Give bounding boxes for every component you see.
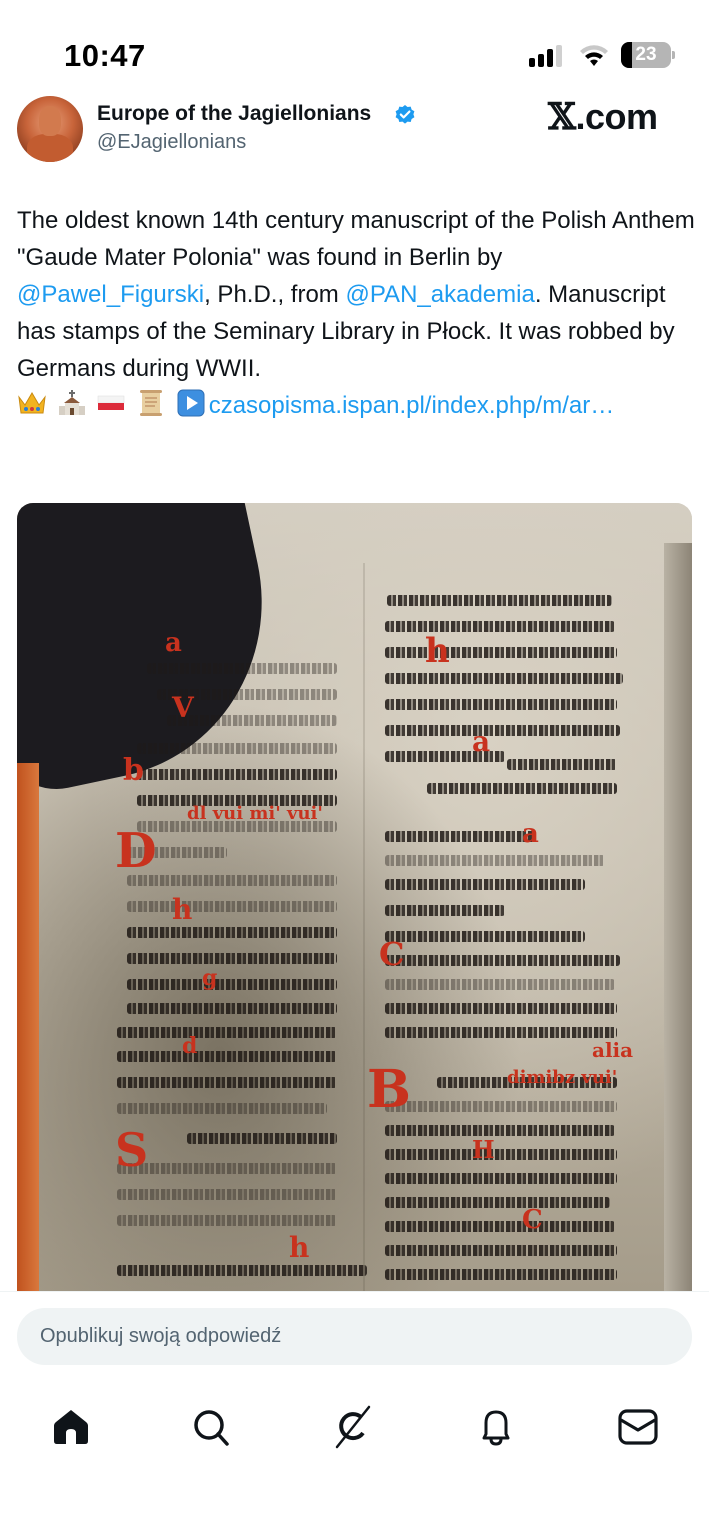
search-icon <box>191 1407 231 1447</box>
church-emoji-icon <box>57 389 87 417</box>
nav-notifications[interactable] <box>466 1397 526 1457</box>
tweet-media-image[interactable]: a V b dl vui mi' vui' D h g d S h h a a … <box>17 503 692 1291</box>
emoji-row: czasopisma.ispan.pl/index.php/m/ar… <box>17 387 697 424</box>
tweet-text-part: The oldest known 14th century manuscript… <box>17 207 695 271</box>
bell-icon <box>476 1407 516 1447</box>
author-avatar[interactable] <box>17 96 83 162</box>
battery-level: 23 <box>621 42 671 68</box>
author-handle[interactable]: @EJagiellonians <box>97 131 246 154</box>
cellular-signal-icon <box>529 45 567 67</box>
scroll-emoji-icon <box>136 389 166 417</box>
wifi-icon <box>578 43 610 67</box>
crown-emoji-icon <box>17 389 47 417</box>
bottom-navigation <box>0 1397 709 1457</box>
x-logo-icon: 𝕏 <box>548 96 575 138</box>
mention-pawel-figurski[interactable]: @Pawel_Figurski <box>17 281 204 308</box>
battery-icon: 23 <box>621 42 675 68</box>
external-link[interactable]: czasopisma.ispan.pl/index.php/m/ar… <box>209 392 615 419</box>
home-icon <box>51 1407 91 1447</box>
reply-placeholder: Opublikuj swoją odpowiedź <box>40 1325 281 1348</box>
mail-icon <box>617 1407 659 1447</box>
bottom-bar: Opublikuj swoją odpowiedź <box>0 1291 709 1536</box>
grok-icon <box>331 1405 375 1449</box>
nav-grok[interactable] <box>323 1397 383 1457</box>
nav-home[interactable] <box>41 1397 101 1457</box>
nav-messages[interactable] <box>608 1397 668 1457</box>
tweet-text-part: , Ph.D., from <box>204 281 345 308</box>
nav-search[interactable] <box>181 1397 241 1457</box>
poland-flag-emoji-icon <box>96 389 126 417</box>
status-bar: 10:47 23 <box>0 0 709 90</box>
tweet-text: The oldest known 14th century manuscript… <box>17 202 697 424</box>
author-name[interactable]: Europe of the Jagiellonians <box>97 102 371 126</box>
verified-badge-icon <box>394 104 416 126</box>
mention-pan-akademia[interactable]: @PAN_akademia <box>345 281 534 308</box>
site-brand: 𝕏.com <box>548 96 657 138</box>
play-button-emoji-icon <box>176 389 206 417</box>
site-brand-suffix: .com <box>575 96 657 137</box>
reply-input[interactable]: Opublikuj swoją odpowiedź <box>17 1308 692 1365</box>
clock: 10:47 <box>64 38 146 74</box>
